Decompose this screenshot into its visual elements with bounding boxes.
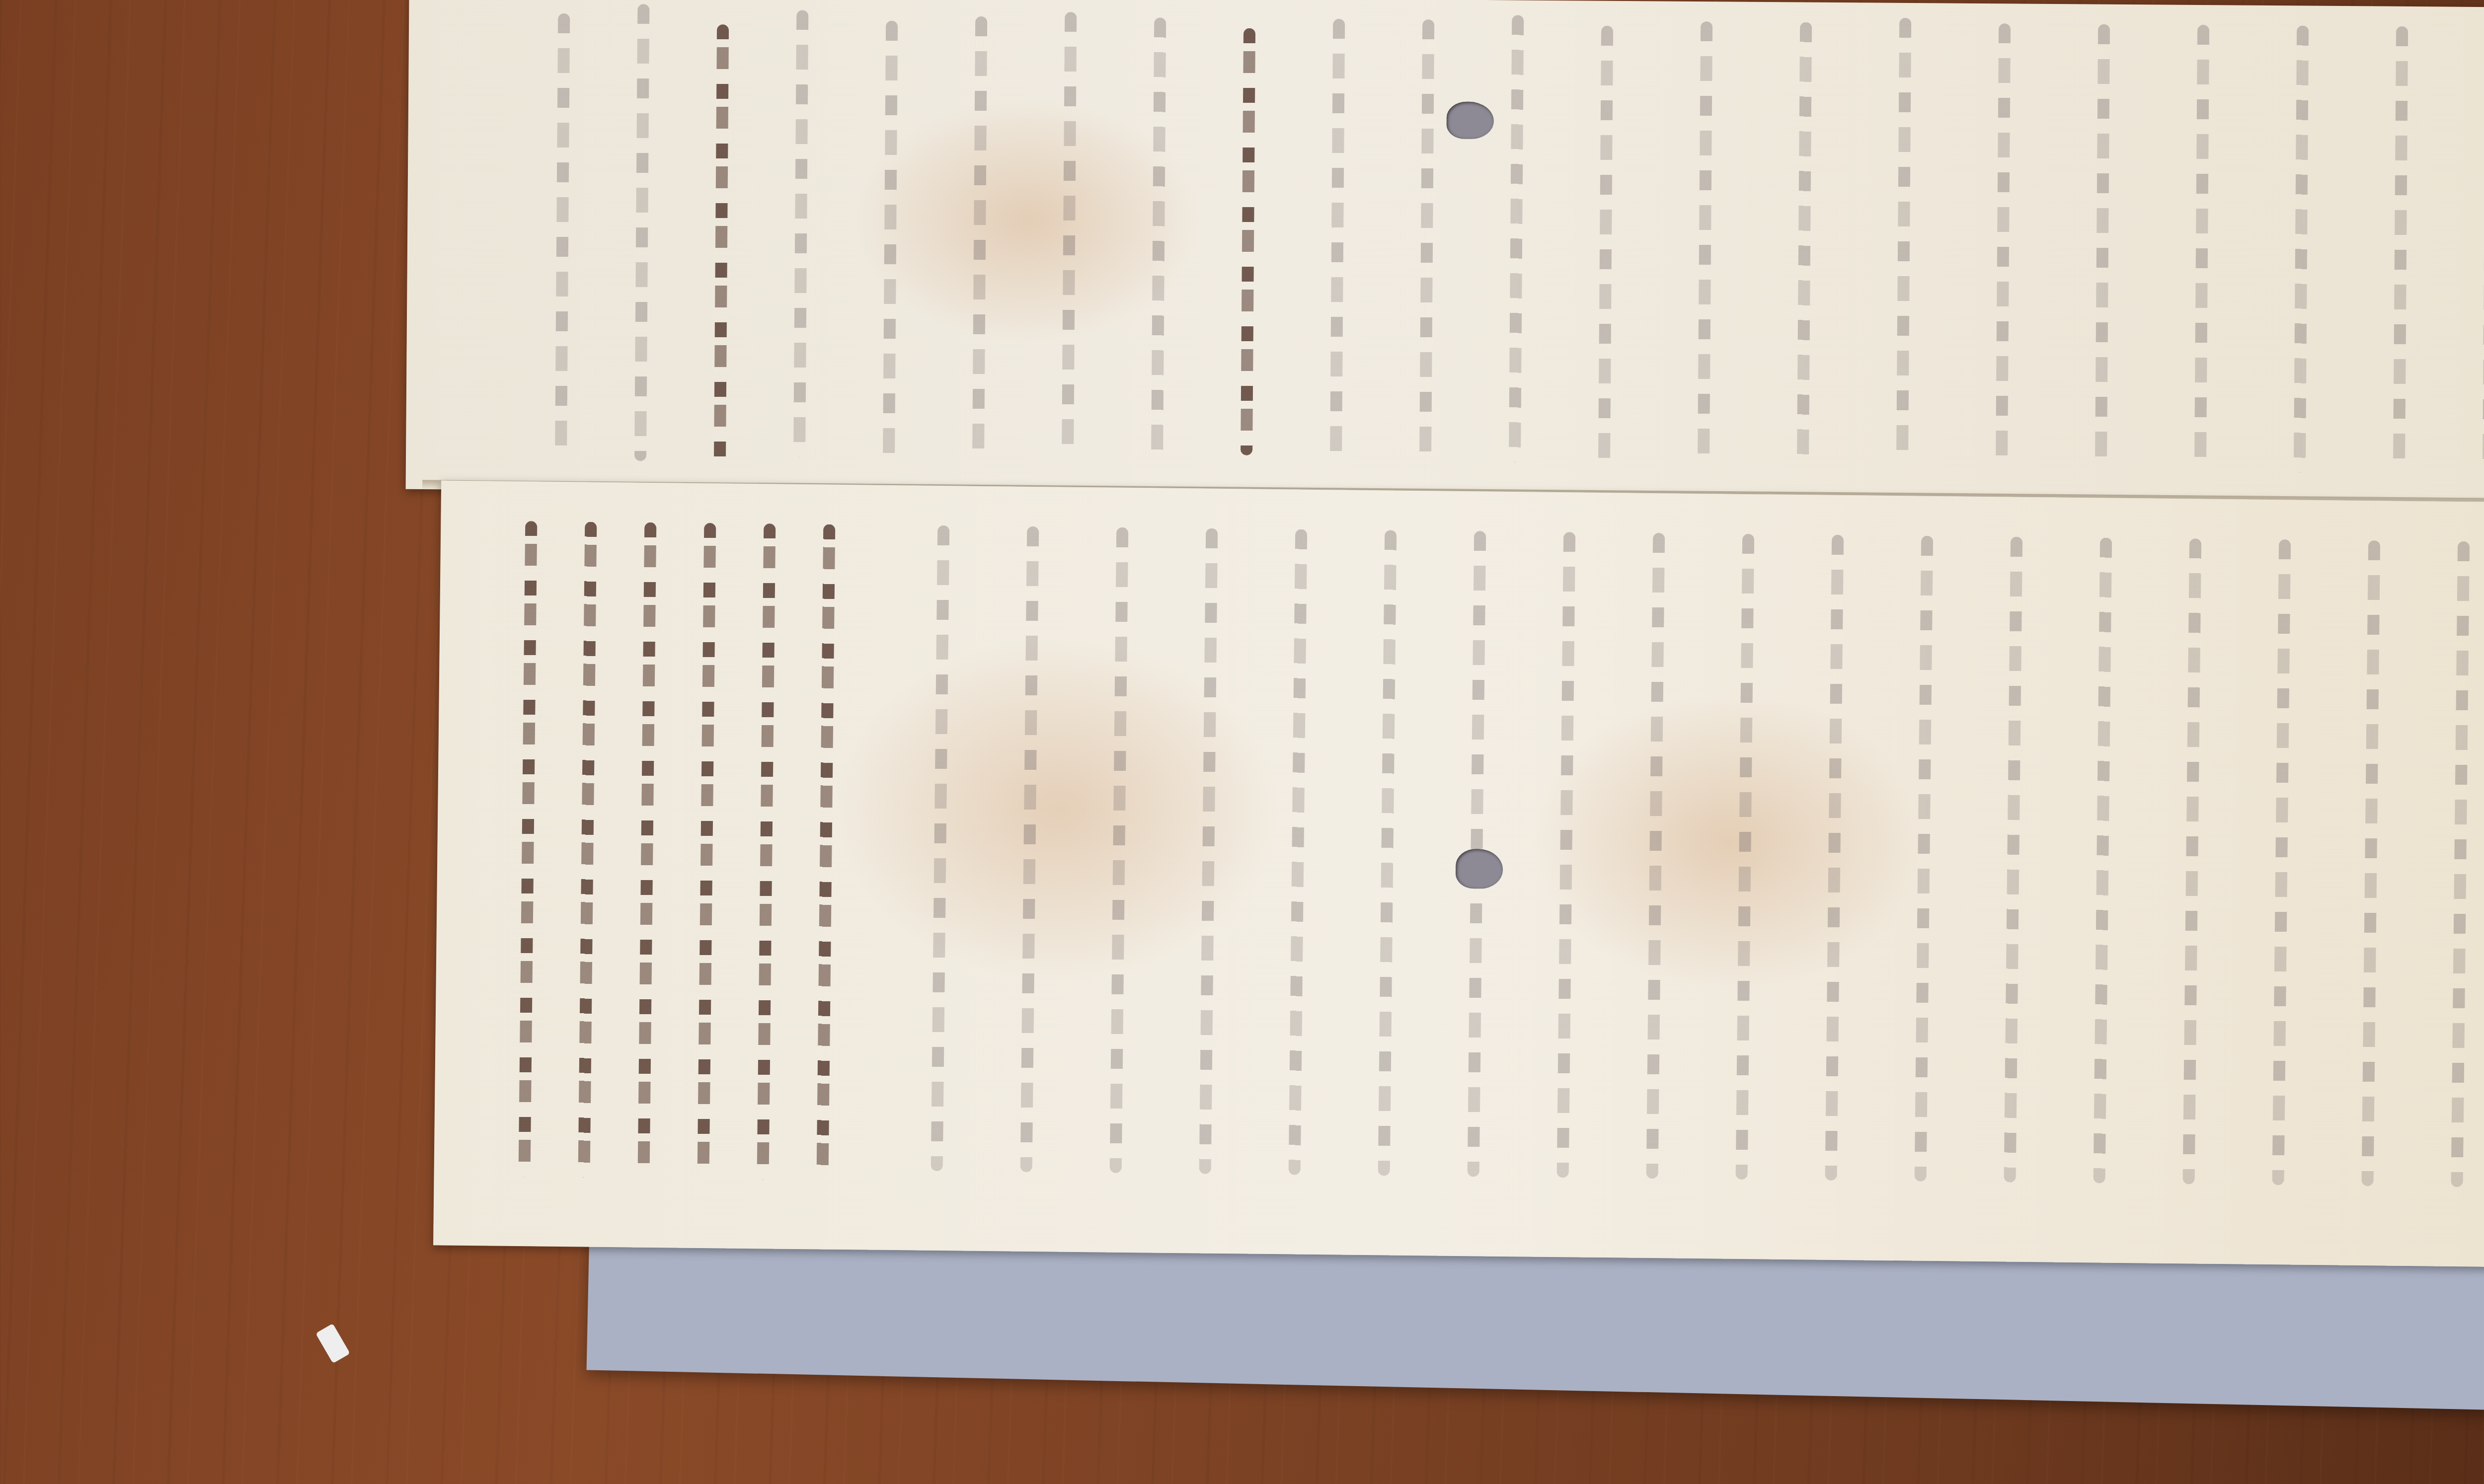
handwriting-line (793, 10, 808, 457)
paper-hole (1447, 101, 1494, 139)
handwriting-line (1151, 17, 1166, 454)
handwriting-line (816, 524, 835, 1180)
manuscript-panel-bottom (433, 480, 2484, 1267)
handwriting-line (1598, 26, 1613, 463)
handwriting-line (2004, 537, 2023, 1183)
handwriting-line (1378, 530, 1397, 1176)
age-stain (834, 634, 1284, 986)
handwriting-line (757, 523, 776, 1179)
handwriting-line (2094, 537, 2112, 1183)
handwriting-line (2451, 541, 2470, 1187)
handwriting-line (1062, 12, 1077, 459)
handwriting-line (2272, 539, 2291, 1185)
handwriting-line (697, 523, 716, 1179)
handwriting-line (972, 16, 987, 463)
handwriting-line (1419, 19, 1434, 466)
handwriting-line (2095, 24, 2110, 471)
handwriting-line (1330, 19, 1345, 466)
handwriting-line (1797, 22, 1812, 469)
handwriting-line (519, 521, 538, 1177)
handwriting-line (2393, 26, 2408, 473)
handwriting-line (2294, 25, 2309, 472)
handwriting-line (2194, 25, 2209, 472)
handwriting-line (1698, 21, 1712, 468)
handwriting-line (1896, 18, 1911, 465)
paper-hole (1456, 849, 1503, 889)
age-stain (1529, 690, 1930, 992)
handwriting-line (637, 522, 656, 1178)
handwriting-line (1289, 529, 1308, 1175)
manuscript-panel-top (406, 0, 2484, 504)
handwriting-line (1241, 28, 1255, 455)
handwriting-line (2183, 538, 2202, 1184)
handwriting-line (634, 4, 649, 461)
handwriting-line (714, 24, 729, 461)
handwriting-line (883, 21, 898, 458)
handwriting-line (1509, 15, 1524, 462)
handwriting-line (1996, 23, 2011, 470)
handwriting-line (555, 13, 570, 460)
handwriting-line (2362, 540, 2381, 1186)
age-stain (854, 95, 1203, 346)
handwriting-line (578, 521, 597, 1177)
